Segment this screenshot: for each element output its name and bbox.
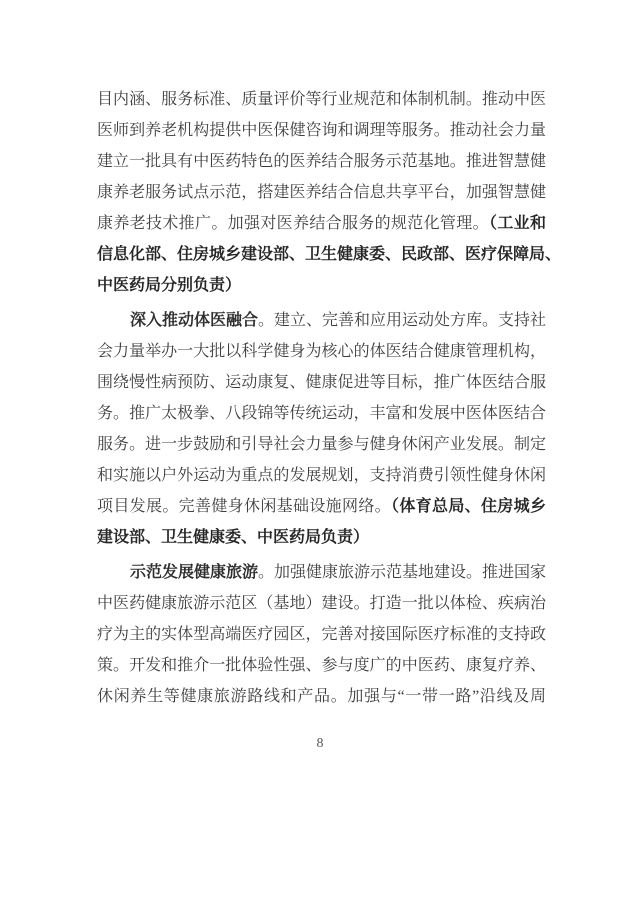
text-segment-normal: 。建立、完善和应用运动处方库。支持社 xyxy=(258,312,546,329)
text-line: 疗为主的实体型高端医疗园区，完善对接国际医疗标准的支持政 xyxy=(97,619,546,650)
text-segment-normal: 医师到养老机构提供中医保健咨询和调理等服务。推动社会力量 xyxy=(97,122,546,139)
text-line: 建立一批具有中医药特色的医养结合服务示范基地。推进智慧健 xyxy=(97,146,546,177)
text-segment-bold-sans: 建设部、卫生健康委、中医药局负责） xyxy=(97,529,369,546)
text-segment-normal: 疗为主的实体型高端医疗园区，完善对接国际医疗标准的支持政 xyxy=(97,626,546,643)
text-line: 目内涵、服务标准、质量评价等行业规范和体制机制。推动中医 xyxy=(97,84,546,115)
text-line: 康养老服务试点示范，搭建医养结合信息共享平台，加强智慧健 xyxy=(97,177,546,208)
text-line: 务。推广太极拳、八段锦等传统运动，丰富和发展中医体医结合 xyxy=(97,398,546,429)
text-segment-bold-sans: 信息化部、住房城乡建设部、卫生健康委、民政部、医疗保障局、 xyxy=(97,246,561,263)
text-line: 休闲养生等健康旅游路线和产品。加强与“一带一路”沿线及周 xyxy=(97,681,546,712)
paragraph-health-tourism: 示范发展健康旅游。加强健康旅游示范基地建设。推进国家中医药健康旅游示范区（基地）… xyxy=(97,557,546,712)
text-segment-normal: 围绕慢性病预防、运动康复、健康促进等目标，推广体医结合服 xyxy=(97,374,546,391)
text-segment-normal: 康养老技术推广。加强对医养结合服务的规范化管理。 xyxy=(97,215,489,232)
text-segment-normal: 中医药健康旅游示范区（基地）建设。打造一批以体检、疾病治 xyxy=(97,595,546,612)
text-segment-normal: 建立一批具有中医药特色的医养结合服务示范基地。推进智慧健 xyxy=(97,153,546,170)
text-line: 和实施以户外运动为重点的发展规划，支持消费引领性健身休闲 xyxy=(97,460,546,491)
text-line: 示范发展健康旅游。加强健康旅游示范基地建设。推进国家 xyxy=(97,557,546,588)
document-page: 目内涵、服务标准、质量评价等行业规范和体制机制。推动中医医师到养老机构提供中医保… xyxy=(0,0,640,905)
text-segment-normal: 。加强健康旅游示范基地建设。推进国家 xyxy=(258,564,546,581)
text-segment-normal: 策。开发和推介一批体验性强、参与度广的中医药、康复疗养、 xyxy=(97,657,546,674)
text-segment-normal: 会力量举办一大批以科学健身为核心的体医结合健康管理机构， xyxy=(97,343,546,360)
text-line: 项目发展。完善健身休闲基础设施网络。（体育总局、住房城乡 xyxy=(97,491,546,522)
text-segment-normal: 项目发展。完善健身休闲基础设施网络。 xyxy=(97,498,391,515)
text-segment-normal: 务。推广太极拳、八段锦等传统运动，丰富和发展中医体医结合 xyxy=(97,405,546,422)
text-line: 康养老技术推广。加强对医养结合服务的规范化管理。（工业和 xyxy=(97,208,546,239)
page-number: 8 xyxy=(0,733,640,755)
text-line: 中医药健康旅游示范区（基地）建设。打造一批以体检、疾病治 xyxy=(97,588,546,619)
text-segment-bold-sans: （体育总局、住房城乡 xyxy=(391,498,546,515)
text-segment-bold-sans: （工业和 xyxy=(489,215,546,232)
text-segment-bold-sans: 中医药局分别负责） xyxy=(97,277,241,294)
text-line: 建设部、卫生健康委、中医药局负责） xyxy=(97,522,546,553)
text-line: 中医药局分别负责） xyxy=(97,270,546,301)
text-segment-bold-serif: 深入推动体医融合 xyxy=(130,312,258,329)
text-line: 策。开发和推介一批体验性强、参与度广的中医药、康复疗养、 xyxy=(97,650,546,681)
text-line: 服务。进一步鼓励和引导社会力量参与健身休闲产业发展。制定 xyxy=(97,429,546,460)
text-line: 信息化部、住房城乡建设部、卫生健康委、民政部、医疗保障局、 xyxy=(97,239,546,270)
text-segment-bold-serif: 示范发展健康旅游 xyxy=(130,564,258,581)
text-segment-normal: 休闲养生等健康旅游路线和产品。加强与“一带一路”沿线及周 xyxy=(97,688,546,705)
paragraph-sports-medicine-integration: 深入推动体医融合。建立、完善和应用运动处方库。支持社会力量举办一大批以科学健身为… xyxy=(97,305,546,553)
paragraph-medical-elderly-care: 目内涵、服务标准、质量评价等行业规范和体制机制。推动中医医师到养老机构提供中医保… xyxy=(97,84,546,301)
text-line: 会力量举办一大批以科学健身为核心的体医结合健康管理机构， xyxy=(97,336,546,367)
text-line: 围绕慢性病预防、运动康复、健康促进等目标，推广体医结合服 xyxy=(97,367,546,398)
text-line: 深入推动体医融合。建立、完善和应用运动处方库。支持社 xyxy=(97,305,546,336)
text-line: 医师到养老机构提供中医保健咨询和调理等服务。推动社会力量 xyxy=(97,115,546,146)
text-segment-normal: 服务。进一步鼓励和引导社会力量参与健身休闲产业发展。制定 xyxy=(97,436,546,453)
text-segment-normal: 和实施以户外运动为重点的发展规划，支持消费引领性健身休闲 xyxy=(97,467,546,484)
text-segment-normal: 目内涵、服务标准、质量评价等行业规范和体制机制。推动中医 xyxy=(97,91,546,108)
document-body: 目内涵、服务标准、质量评价等行业规范和体制机制。推动中医医师到养老机构提供中医保… xyxy=(97,84,546,712)
text-segment-normal: 康养老服务试点示范，搭建医养结合信息共享平台，加强智慧健 xyxy=(97,184,546,201)
